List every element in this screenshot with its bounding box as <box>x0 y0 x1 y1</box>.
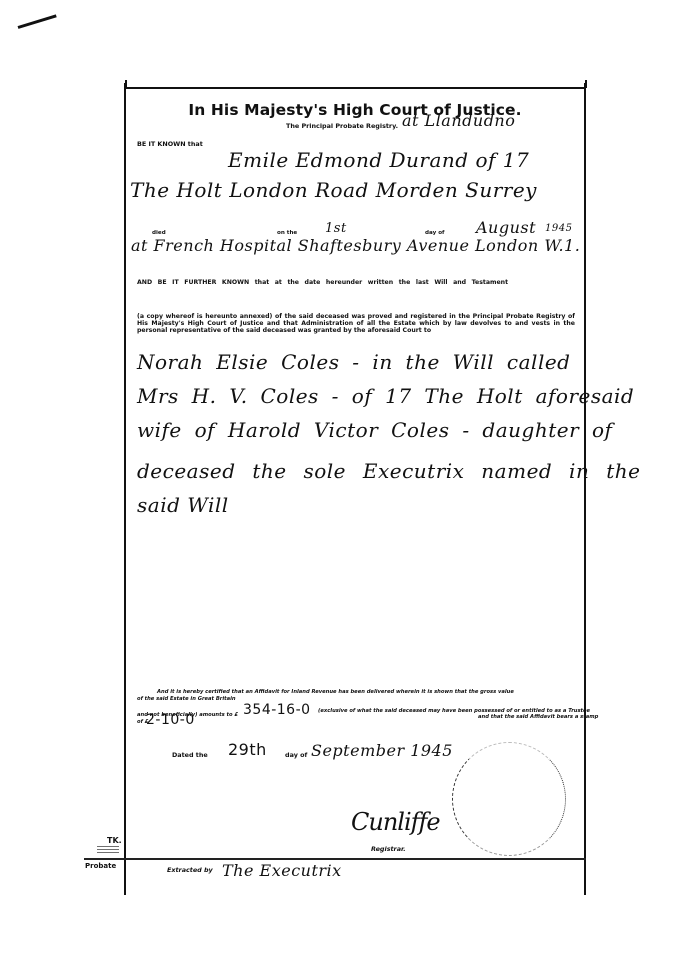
frame-border-right <box>584 83 586 895</box>
registry-location: at Llandudno <box>402 111 515 130</box>
registry-label: The Principal Probate Registry. <box>286 122 398 130</box>
probate-label: Probate <box>85 862 116 870</box>
grantee-line-3: wife of Harold Victor Coles - daughter o… <box>137 418 612 442</box>
dated-day-of-label: day of <box>285 751 307 759</box>
extracted-by-label: Extracted by <box>167 866 213 874</box>
dated-month-year: September 1945 <box>311 741 453 760</box>
frame-border-bottom <box>84 858 586 860</box>
affidavit-line-4: and that the said Affidavit bears a stam… <box>478 714 598 720</box>
registrar-signature: Cunliffe <box>351 808 440 836</box>
stamp-duty: 2-10-0 <box>146 712 195 728</box>
dated-label: Dated the <box>172 751 208 759</box>
stray-pen-mark <box>18 14 57 29</box>
death-day: 1st <box>325 221 347 236</box>
grant-paragraph: (a copy whereof is hereunto annexed) of … <box>137 313 575 334</box>
gross-value: 354-16-0 <box>243 702 311 718</box>
court-seal-stamp <box>452 742 566 856</box>
death-year: 1945 <box>545 223 572 234</box>
frame-border-top <box>124 87 586 89</box>
frame-border-left <box>124 83 126 895</box>
death-month: August <box>476 218 536 237</box>
be-it-known-label: BE IT KNOWN that <box>137 140 203 148</box>
grantee-line-2: Mrs H. V. Coles - of 17 The Holt aforesa… <box>137 384 634 408</box>
side-mark: TK. <box>107 836 122 845</box>
frame-tick-right <box>585 80 587 88</box>
printer-code-mark <box>97 846 119 855</box>
deceased-name-line: Emile Edmond Durand of 17 <box>228 148 529 172</box>
affidavit-line-1: And it is hereby certified that an Affid… <box>157 689 514 695</box>
further-known-line: AND BE IT FURTHER KNOWN that at the date… <box>137 279 508 286</box>
dated-day: 29th <box>228 740 267 759</box>
grantee-line-1: Norah Elsie Coles - in the Will called <box>137 350 570 374</box>
registrar-label: Registrar. <box>371 845 406 853</box>
frame-tick-left <box>125 80 127 88</box>
grantee-line-5: said Will <box>137 493 229 517</box>
deceased-address-line: The Holt London Road Morden Surrey <box>130 178 537 202</box>
grantee-line-4: deceased the sole Executrix named in the <box>137 459 640 483</box>
death-place-line: at French Hospital Shaftesbury Avenue Lo… <box>131 236 580 255</box>
affidavit-line-2: of the said Estate in Great Britain <box>137 696 236 702</box>
extracted-by: The Executrix <box>222 861 342 880</box>
